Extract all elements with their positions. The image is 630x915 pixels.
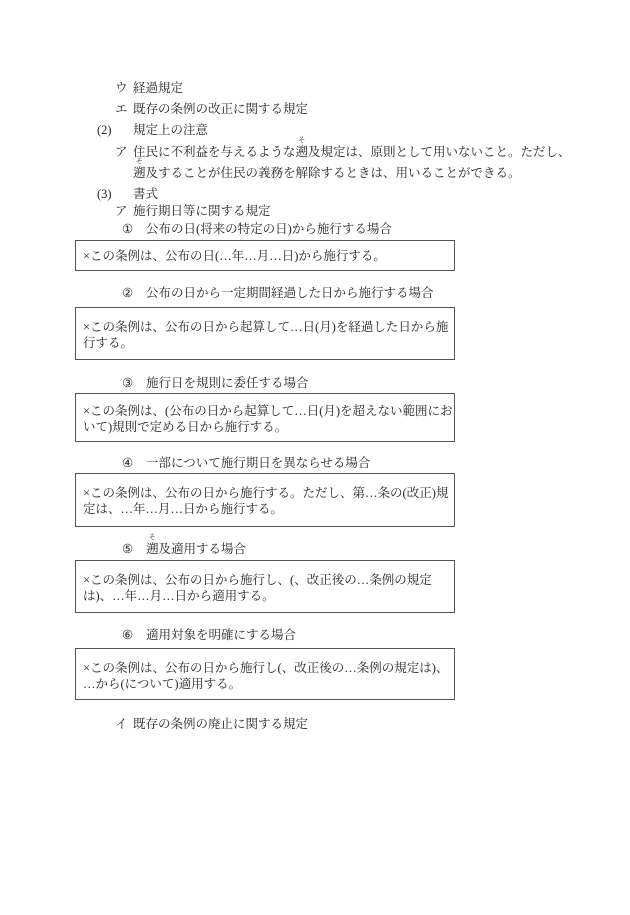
- example-text: ×この条例は、公布の日から施行し(、改正後の…条例の規定は)、: [83, 660, 447, 676]
- item-marker: ア: [115, 144, 133, 160]
- text-segment: 遡: [146, 542, 159, 556]
- example-box-5: ×この条例は、公布の日から施行し、(、改正後の…条例の規定は)、…年…月…日から…: [75, 560, 455, 613]
- case-marker: ③: [122, 375, 146, 391]
- example-box-2: ×この条例は、公布の日から起算して…日(月)を経過した日から施行する。: [75, 307, 455, 360]
- item-label: 施行期日等に関する規定: [133, 203, 271, 219]
- case-marker: ①: [122, 221, 146, 237]
- note-paragraph-line-1: ア住民に不利益を与えるようなそ遡及規定は、原則として用いないこと。ただし、: [115, 144, 571, 160]
- text-segment: 及することが住民の義務を解除するときは、用いることができる。: [146, 166, 521, 180]
- section-label: 規定上の注意: [133, 122, 208, 138]
- text-segment: 住民に不利益を与えるような: [133, 145, 296, 159]
- subsection-i-heading: イ既存の条例の廃止に関する規定: [115, 716, 308, 732]
- example-text: …から(について)適用する。: [83, 676, 447, 692]
- case-marker: ④: [122, 455, 146, 471]
- example-text: ×この条例は、公布の日から施行し、(、改正後の…条例の規定: [83, 572, 447, 588]
- case-3-heading: ③施行日を規則に委任する場合: [122, 375, 309, 391]
- case-label: そ遡及適用する場合: [146, 541, 246, 557]
- item-label: 既存の条例の改正に関する規定: [133, 101, 308, 117]
- example-text: いて)規則で定める日から施行する。: [83, 419, 447, 435]
- section-3-heading: (3)書式: [97, 186, 158, 202]
- ruby-annotation: そ: [136, 158, 143, 165]
- example-text: ×この条例は、公布の日(…年…月…日)から施行する。: [83, 248, 447, 264]
- example-box-1: ×この条例は、公布の日(…年…月…日)から施行する。: [75, 240, 455, 271]
- text-segment: 遡: [133, 166, 146, 180]
- section-2-heading: (2)規定上の注意: [97, 122, 208, 138]
- case-marker: ②: [122, 285, 146, 301]
- note-paragraph-line-2: そ遡及することが住民の義務を解除するときは、用いることができる。: [133, 165, 521, 181]
- example-text: ×この条例は、(公布の日から起算して…日(月)を超えない範囲にお: [83, 403, 447, 419]
- example-text: ×この条例は、公布の日から起算して…日(月)を経過した日から施: [83, 319, 447, 335]
- case-2-heading: ②公布の日から一定期間経過した日から施行する場合: [122, 285, 434, 301]
- case-4-heading: ④一部について施行期日を異ならせる場合: [122, 455, 370, 471]
- item-marker: ア: [115, 203, 133, 219]
- case-6-heading: ⑥適用対象を明確にする場合: [122, 627, 296, 643]
- case-label: 一部について施行期日を異ならせる場合: [146, 455, 370, 471]
- case-marker: ⑤: [122, 541, 146, 557]
- example-box-4: ×この条例は、公布の日から施行する。ただし、第…条の(改正)規定は、…年…月…日…: [75, 473, 455, 527]
- document-page: ウ経過規定 エ既存の条例の改正に関する規定 (2)規定上の注意 ア住民に不利益を…: [0, 0, 630, 915]
- item-label: 経過規定: [133, 80, 183, 96]
- example-text: は)、…年…月…日から適用する。: [83, 588, 447, 604]
- case-label: 公布の日から一定期間経過した日から施行する場合: [146, 285, 434, 301]
- item-label: 既存の条例の廃止に関する規定: [133, 716, 308, 732]
- case-marker: ⑥: [122, 627, 146, 643]
- ruby-annotation: そ: [149, 534, 156, 541]
- text-segment: 遡: [296, 145, 309, 159]
- example-box-6: ×この条例は、公布の日から施行し(、改正後の…条例の規定は)、…から(について)…: [75, 648, 455, 700]
- subsection-a-heading: ア施行期日等に関する規定: [115, 203, 271, 219]
- case-label: 公布の日(将来の特定の日)から施行する場合: [146, 221, 392, 237]
- item-marker: エ: [115, 101, 133, 117]
- note-text: そ遡及することが住民の義務を解除するときは、用いることができる。: [133, 165, 521, 181]
- example-box-3: ×この条例は、(公布の日から起算して…日(月)を超えない範囲において)規則で定め…: [75, 393, 455, 442]
- text-segment: 及規定は、原則として用いないこと。ただし、: [308, 145, 571, 159]
- case-label: 施行日を規則に委任する場合: [146, 375, 309, 391]
- ruby-base: そ遡: [146, 541, 159, 557]
- ruby-base: そ遡: [296, 144, 309, 160]
- case-1-heading: ①公布の日(将来の特定の日)から施行する場合: [122, 221, 392, 237]
- section-marker: (2): [97, 122, 133, 138]
- section-label: 書式: [133, 186, 158, 202]
- outline-item-e: エ既存の条例の改正に関する規定: [115, 101, 308, 117]
- text-segment: 及適用する場合: [159, 542, 247, 556]
- example-text: ×この条例は、公布の日から施行する。ただし、第…条の(改正)規: [83, 485, 447, 501]
- example-text: 定は、…年…月…日から施行する。: [83, 501, 447, 517]
- outline-item-wu: ウ経過規定: [115, 80, 183, 96]
- example-text: 行する。: [83, 335, 447, 351]
- case-5-heading: ⑤そ遡及適用する場合: [122, 541, 246, 557]
- ruby-base: そ遡: [133, 165, 146, 181]
- note-text: 住民に不利益を与えるようなそ遡及規定は、原則として用いないこと。ただし、: [133, 144, 571, 160]
- item-marker: ウ: [115, 80, 133, 96]
- item-marker: イ: [115, 716, 133, 732]
- ruby-annotation: そ: [298, 137, 305, 144]
- case-label: 適用対象を明確にする場合: [146, 627, 296, 643]
- section-marker: (3): [97, 186, 133, 202]
